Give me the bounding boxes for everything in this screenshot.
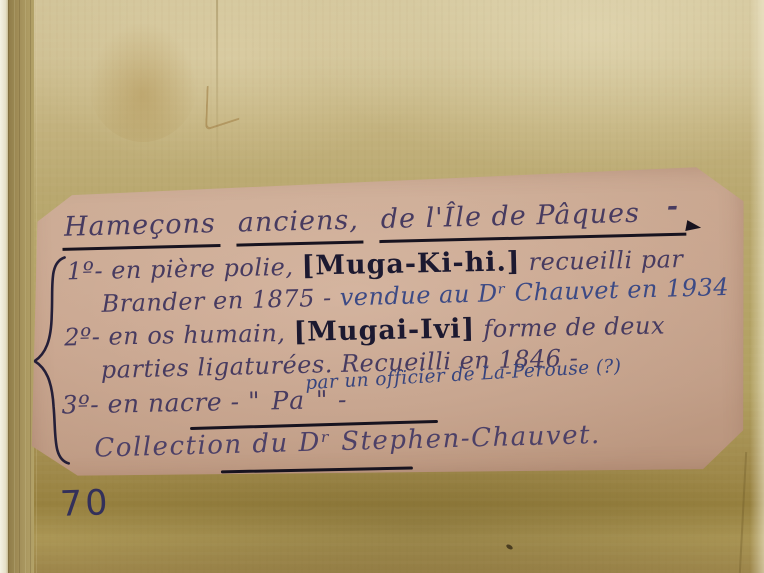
underline-arrow — [685, 220, 702, 234]
item-1-native-name: [Muga-Ki-hi.] — [301, 246, 520, 281]
item-3-line: 3º- en nacre - " Pa " - — [61, 385, 347, 420]
left-fold-creases — [8, 0, 38, 573]
inventory-number: 70 — [59, 483, 111, 525]
right-edge-highlight — [750, 0, 764, 573]
item-2-text-post: forme de deux — [483, 311, 665, 343]
item-1-text: en pière polie, — [111, 253, 294, 285]
title-dash: - — [666, 191, 679, 222]
archival-card-photo: Hameçonsanciens,de l'Île de Pâques- 1º- … — [0, 0, 764, 573]
item-2-native-name: [Mugai-Ivi] — [293, 313, 475, 348]
item-1-number: 1º- — [67, 257, 104, 286]
item-3-text: en nacre - — [107, 387, 240, 419]
label-title: Hameçonsanciens,de l'Île de Pâques- — [61, 191, 679, 251]
item-3-number: 3º- — [61, 390, 99, 420]
item-2-text: en os humain, — [108, 319, 285, 351]
item-1-text-post: recueilli par — [528, 245, 683, 276]
item-2-number: 2º- — [64, 323, 101, 352]
title-word-1: Hameçons — [62, 208, 221, 251]
title-word-3: de l'Île de Pâques — [378, 197, 686, 243]
title-word-2: anciens, — [235, 205, 363, 247]
item-2-description: parties ligaturées. — [101, 350, 334, 384]
handwritten-label: Hameçonsanciens,de l'Île de Pâques- 1º- … — [25, 165, 749, 484]
left-page-edge — [0, 0, 8, 573]
stain-mark — [88, 22, 198, 142]
footer-rule-bottom — [221, 467, 413, 474]
collection-credit: Collection du Dʳ Stephen-Chauvet. — [94, 420, 601, 464]
item-1-provenance: Brander en 1875 - — [101, 284, 332, 318]
